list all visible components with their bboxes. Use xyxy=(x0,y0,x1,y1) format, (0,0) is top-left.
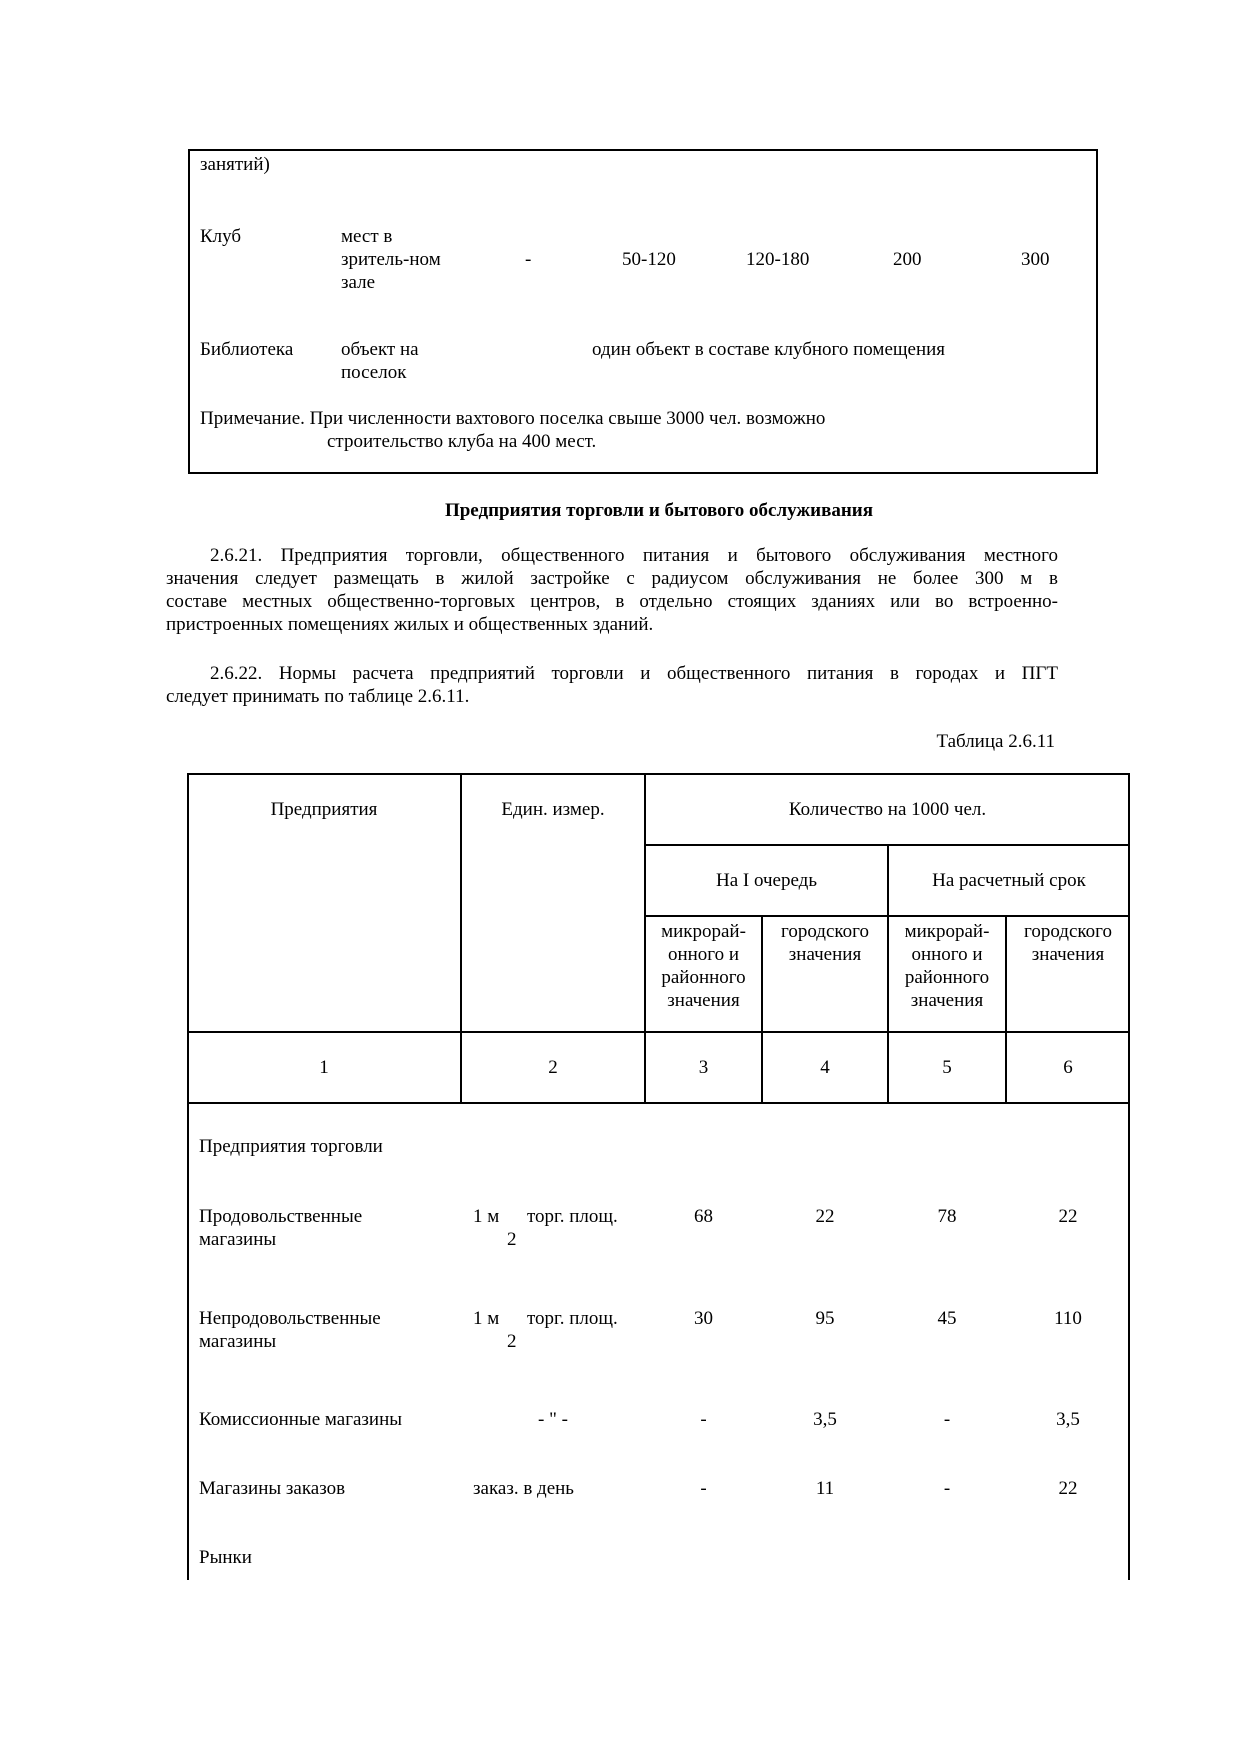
unit-line: поселок xyxy=(341,361,419,384)
header-enterprises: Предприятия xyxy=(187,798,461,821)
row-nonfood-stores-unit: 1 м xyxy=(473,1307,499,1330)
subheader-line: значения xyxy=(1006,943,1130,966)
subheader-line: значения xyxy=(645,989,762,1012)
paragraph-line: составе местных общественно-торговых цен… xyxy=(188,590,1058,613)
paragraph-line: 2.6.21. Предприятия торговли, общественн… xyxy=(188,544,1058,567)
subheader-line: значения xyxy=(888,989,1006,1012)
subheader-line: районного xyxy=(888,966,1006,989)
row-club-name: Клуб xyxy=(200,225,241,248)
column-number-2: 2 xyxy=(461,1056,645,1079)
row-nonfood-stores-value-4: 95 xyxy=(762,1307,888,1330)
row-club-unit: мест в зритель-ном зале xyxy=(341,225,441,294)
paragraph-line: 2.6.22. Нормы расчета предприятий торгов… xyxy=(188,662,1058,685)
row-club-value-1: - xyxy=(525,248,531,271)
subheader-line: онного и xyxy=(645,943,762,966)
row-nonfood-stores-unit-suffix: торг. площ. xyxy=(527,1307,618,1330)
subheader-line: онного и xyxy=(888,943,1006,966)
header-estimated-term: На расчетный срок xyxy=(888,869,1130,892)
row-food-stores-value-4: 22 xyxy=(762,1205,888,1228)
row-consignment-stores-value-6: 3,5 xyxy=(1006,1408,1130,1431)
row-consignment-stores-value-5: - xyxy=(888,1408,1006,1431)
grid-line xyxy=(1128,773,1130,1580)
row-club-value-2: 50-120 xyxy=(622,248,676,271)
row-name-line: магазины xyxy=(199,1330,381,1353)
unit-line: объект на xyxy=(341,338,419,361)
paragraph-line: значения следует размещать в жилой застр… xyxy=(188,567,1058,590)
unit-line: мест в xyxy=(341,225,441,248)
row-name-line: Продовольственные xyxy=(199,1205,362,1228)
row-food-stores-value-6: 22 xyxy=(1006,1205,1130,1228)
row-library-merged-value: один объект в составе клубного помещения xyxy=(592,338,945,361)
subheader-city-1: городского значения xyxy=(762,920,888,966)
row-order-stores-value-5: - xyxy=(888,1477,1006,1500)
group-label-trade: Предприятия торговли xyxy=(199,1135,383,1158)
row-nonfood-stores-value-6: 110 xyxy=(1006,1307,1130,1330)
grid-line xyxy=(187,773,189,1580)
row-food-stores-unit: 1 м xyxy=(473,1205,499,1228)
unit-line: зале xyxy=(341,271,441,294)
row-consignment-stores-unit: - " - xyxy=(461,1408,645,1431)
row-order-stores-name: Магазины заказов xyxy=(199,1477,345,1500)
row-food-stores-value-5: 78 xyxy=(888,1205,1006,1228)
table-border-top xyxy=(188,149,1098,151)
row-consignment-stores-name: Комиссионные магазины xyxy=(199,1408,402,1431)
column-number-1: 1 xyxy=(187,1056,461,1079)
row-club-value-4: 200 xyxy=(893,248,922,271)
row-food-stores-unit-suffix: торг. площ. xyxy=(527,1205,618,1228)
row-order-stores-value-6: 22 xyxy=(1006,1477,1130,1500)
subheader-line: городского xyxy=(762,920,888,943)
unit-line: зритель-ном xyxy=(341,248,441,271)
row-name-line: Непродовольственные xyxy=(199,1307,381,1330)
paragraph-2-6-21: 2.6.21. Предприятия торговли, общественн… xyxy=(188,544,1058,636)
row-library-unit: объект на поселок xyxy=(341,338,419,384)
note-line-1: Примечание. При численности вахтового по… xyxy=(200,407,825,430)
row-food-stores-unit-exponent: 2 xyxy=(507,1228,517,1251)
header-unit: Един. измер. xyxy=(461,798,645,821)
continued-cell-text: занятий) xyxy=(200,153,270,176)
row-name-line: магазины xyxy=(199,1228,362,1251)
header-first-stage: На I очередь xyxy=(645,869,888,892)
grid-line xyxy=(460,773,462,1104)
top-table-continuation: занятий) Клуб мест в зритель-ном зале - … xyxy=(188,151,1098,474)
paragraph-2-6-22: 2.6.22. Нормы расчета предприятий торгов… xyxy=(188,662,1058,708)
subheader-micro-district-1: микрорай- онного и районного значения xyxy=(645,920,762,1012)
table-2-6-11: Предприятия Един. измер. Количество на 1… xyxy=(187,773,1130,1580)
row-nonfood-stores-value-3: 30 xyxy=(645,1307,762,1330)
row-nonfood-stores-value-5: 45 xyxy=(888,1307,1006,1330)
row-food-stores-name: Продовольственные магазины xyxy=(199,1205,362,1251)
subheader-line: микрорай- xyxy=(645,920,762,943)
paragraph-line: пристроенных помещениях жилых и обществе… xyxy=(188,613,1058,636)
column-number-3: 3 xyxy=(645,1056,762,1079)
subheader-micro-district-2: микрорай- онного и районного значения xyxy=(888,920,1006,1012)
group-label-markets: Рынки xyxy=(199,1546,252,1569)
column-number-4: 4 xyxy=(762,1056,888,1079)
note-line-2: строительство клуба на 400 мест. xyxy=(327,430,596,453)
subheader-line: значения xyxy=(762,943,888,966)
subheader-city-2: городского значения xyxy=(1006,920,1130,966)
table-caption: Таблица 2.6.11 xyxy=(936,730,1055,753)
row-order-stores-value-3: - xyxy=(645,1477,762,1500)
subheader-line: городского xyxy=(1006,920,1130,943)
row-food-stores-value-3: 68 xyxy=(645,1205,762,1228)
row-nonfood-stores-name: Непродовольственные магазины xyxy=(199,1307,381,1353)
grid-line xyxy=(187,773,1130,775)
grid-line xyxy=(187,1102,1130,1104)
header-quantity: Количество на 1000 чел. xyxy=(645,798,1130,821)
row-club-value-5: 300 xyxy=(1021,248,1050,271)
section-heading: Предприятия торговли и бытового обслужив… xyxy=(188,499,1130,522)
row-order-stores-unit: заказ. в день xyxy=(473,1477,574,1500)
row-library-name: Библиотека xyxy=(200,338,293,361)
subheader-line: микрорай- xyxy=(888,920,1006,943)
row-consignment-stores-value-3: - xyxy=(645,1408,762,1431)
row-consignment-stores-value-4: 3,5 xyxy=(762,1408,888,1431)
row-nonfood-stores-unit-exponent: 2 xyxy=(507,1330,517,1353)
subheader-line: районного xyxy=(645,966,762,989)
column-number-6: 6 xyxy=(1006,1056,1130,1079)
grid-line xyxy=(187,1031,1130,1033)
row-club-value-3: 120-180 xyxy=(746,248,809,271)
column-number-5: 5 xyxy=(888,1056,1006,1079)
row-order-stores-value-4: 11 xyxy=(762,1477,888,1500)
paragraph-line: следует принимать по таблице 2.6.11. xyxy=(188,685,1058,708)
